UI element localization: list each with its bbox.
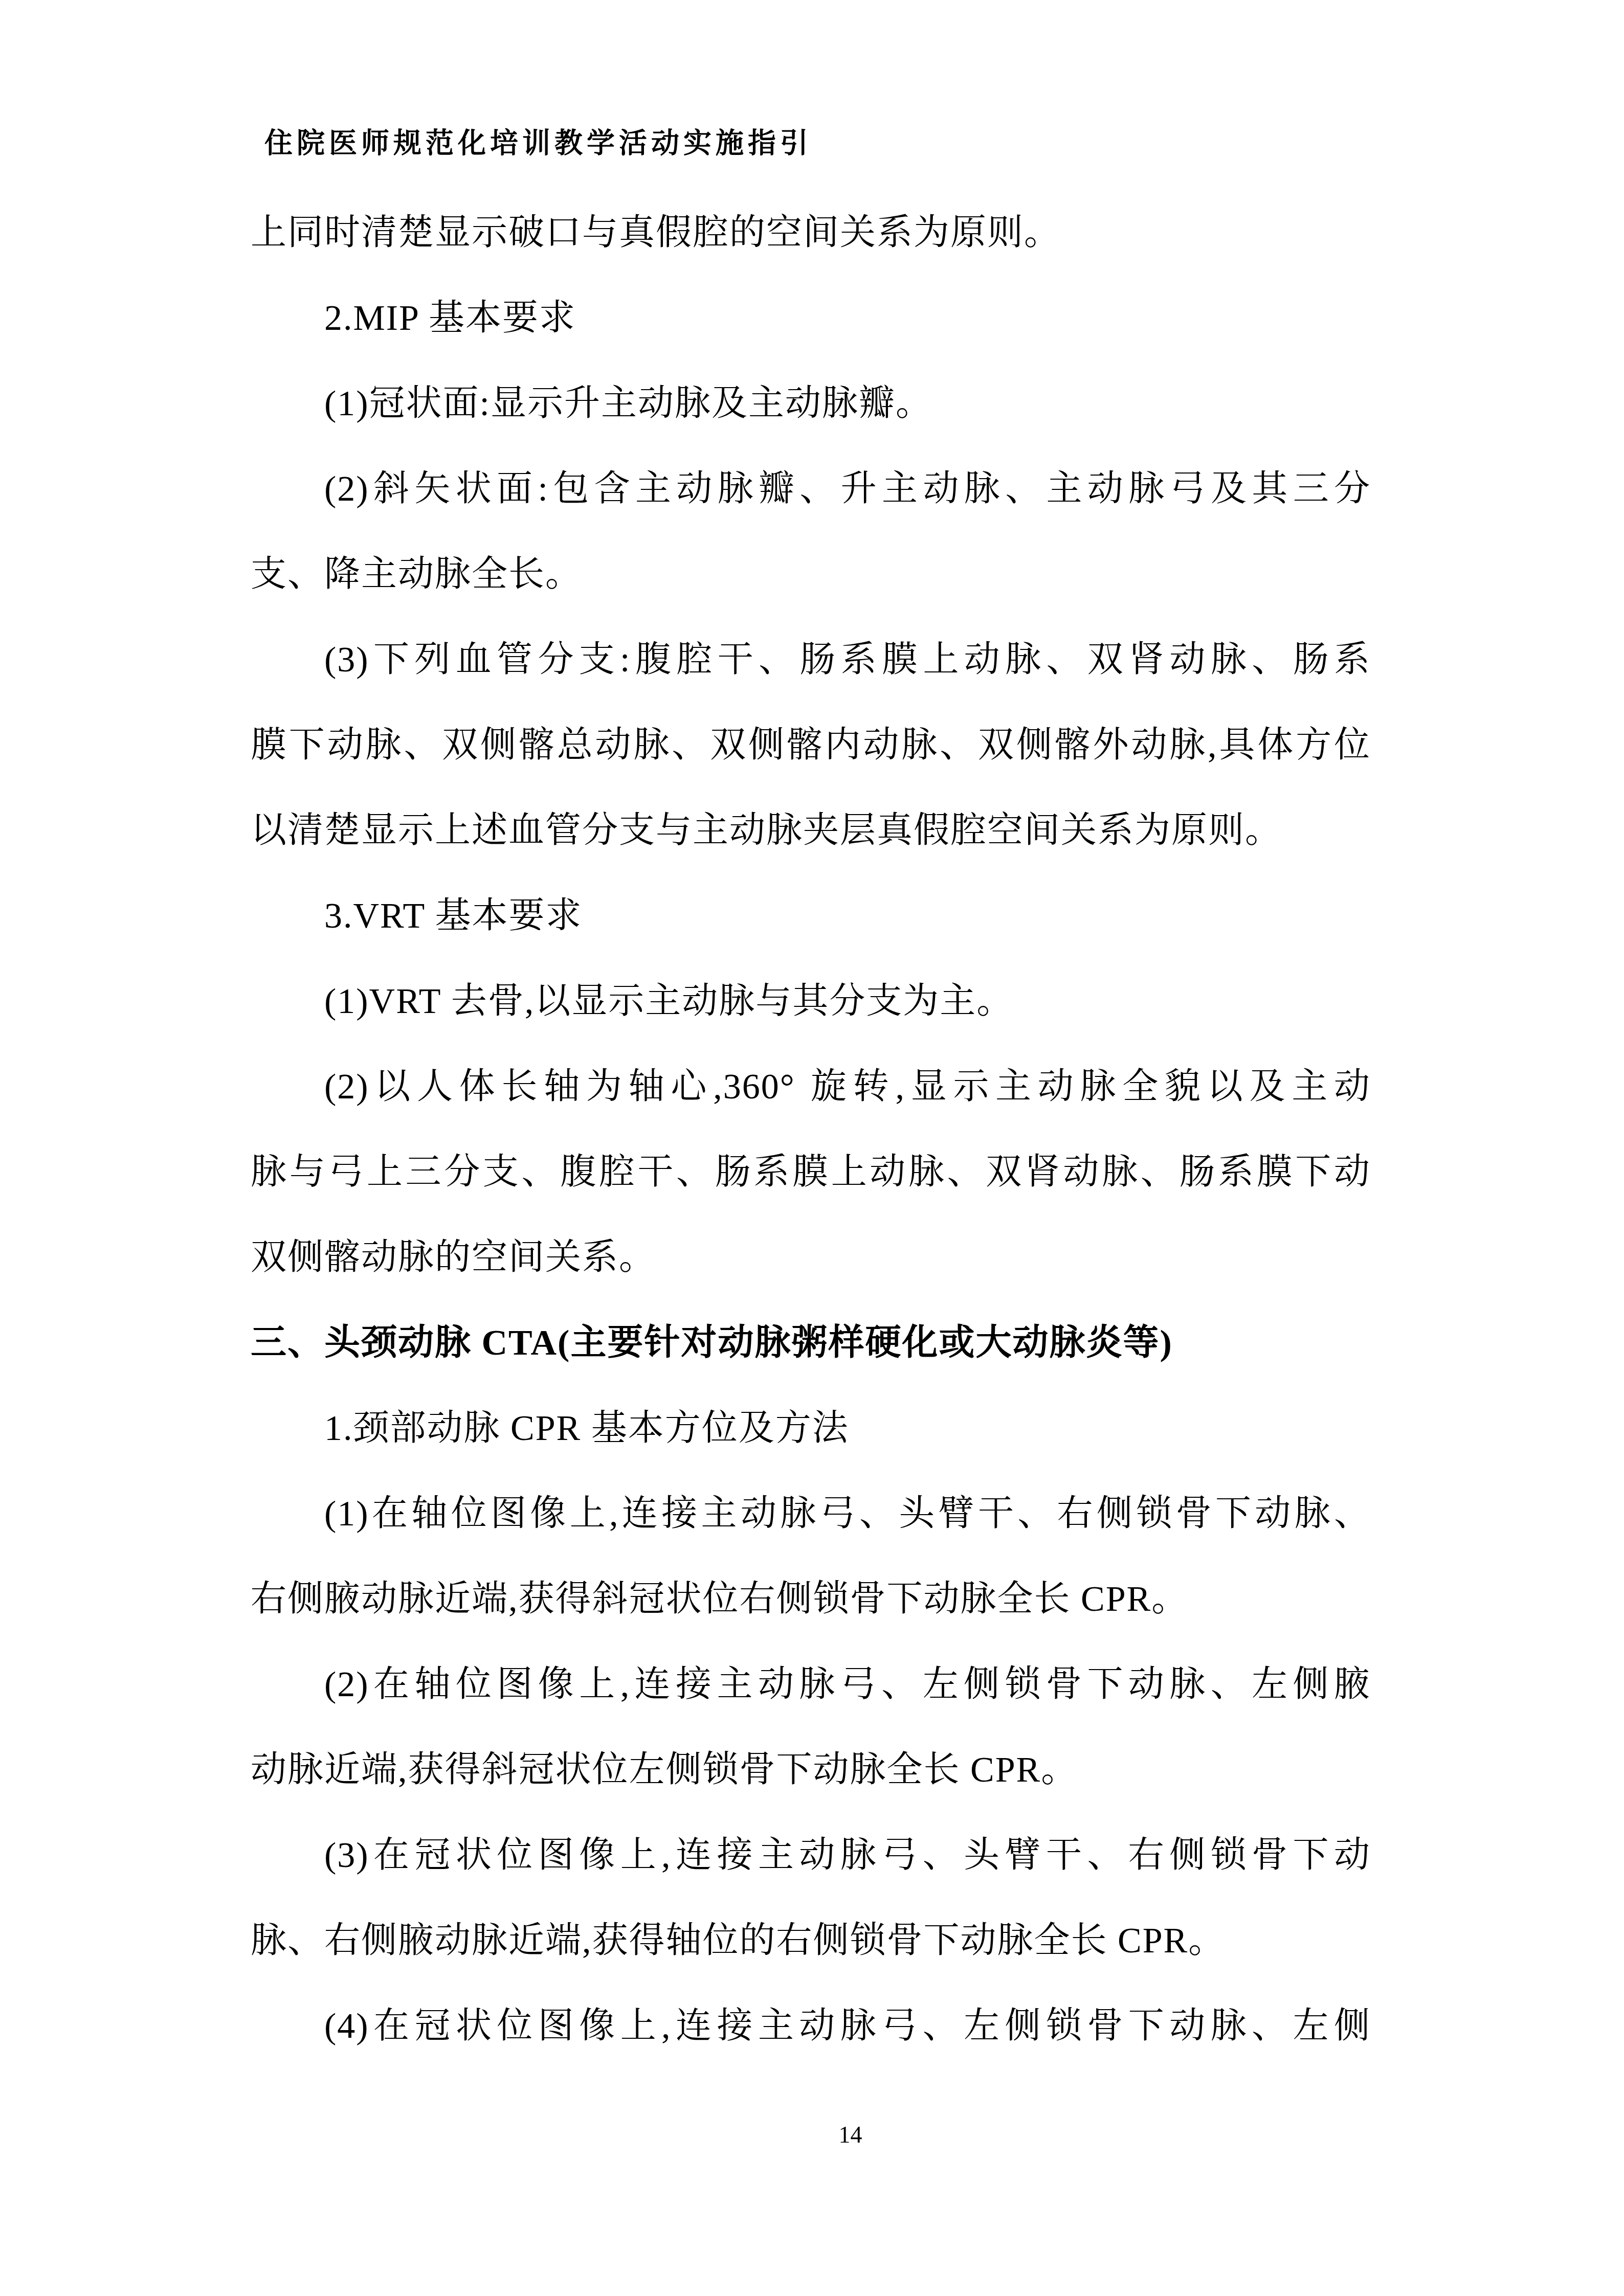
text-line: 脉与弓上三分支、腹腔干、肠系膜上动脉、双肾动脉、肠系膜下动脉、	[251, 1130, 1371, 1215]
text-line: 动脉近端,获得斜冠状位左侧锁骨下动脉全长 CPR。	[251, 1727, 1371, 1813]
text-line: 上同时清楚显示破口与真假腔的空间关系为原则。	[251, 190, 1371, 276]
text-line: 双侧髂动脉的空间关系。	[251, 1215, 1371, 1300]
numbered-item-line: (4)在冠状位图像上,连接主动脉弓、左侧锁骨下动脉、左侧	[251, 1984, 1371, 2069]
numbered-item-line: (2)斜矢状面:包含主动脉瓣、升主动脉、主动脉弓及其三分	[251, 446, 1371, 532]
numbered-item-line: 3.VRT 基本要求	[251, 873, 1371, 959]
document-page: 住院医师规范化培训教学活动实施指引 上同时清楚显示破口与真假腔的空间关系为原则。…	[0, 0, 1624, 2296]
numbered-item-line: 2.MIP 基本要求	[251, 276, 1371, 361]
document-body: 上同时清楚显示破口与真假腔的空间关系为原则。 2.MIP 基本要求 (1)冠状面…	[251, 190, 1371, 2069]
section-heading: 三、头颈动脉 CTA(主要针对动脉粥样硬化或大动脉炎等)	[251, 1300, 1371, 1386]
numbered-item-line: (1)在轴位图像上,连接主动脉弓、头臂干、右侧锁骨下动脉、	[251, 1471, 1371, 1557]
numbered-item-line: (1)冠状面:显示升主动脉及主动脉瓣。	[251, 361, 1371, 446]
text-line: 支、降主动脉全长。	[251, 532, 1371, 617]
numbered-item-line: (2)以人体长轴为轴心,360° 旋转,显示主动脉全貌以及主动	[251, 1044, 1371, 1130]
numbered-item-line: 1.颈部动脉 CPR 基本方位及方法	[251, 1386, 1371, 1471]
running-header: 住院医师规范化培训教学活动实施指引	[264, 120, 812, 161]
text-line: 脉、右侧腋动脉近端,获得轴位的右侧锁骨下动脉全长 CPR。	[251, 1898, 1371, 1984]
text-line: 右侧腋动脉近端,获得斜冠状位右侧锁骨下动脉全长 CPR。	[251, 1557, 1371, 1642]
numbered-item-line: (1)VRT 去骨,以显示主动脉与其分支为主。	[251, 959, 1371, 1044]
text-line: 膜下动脉、双侧髂总动脉、双侧髂内动脉、双侧髂外动脉,具体方位	[251, 703, 1371, 788]
numbered-item-line: (3)在冠状位图像上,连接主动脉弓、头臂干、右侧锁骨下动	[251, 1813, 1371, 1898]
numbered-item-line: (2)在轴位图像上,连接主动脉弓、左侧锁骨下动脉、左侧腋	[251, 1642, 1371, 1727]
text-line: 以清楚显示上述血管分支与主动脉夹层真假腔空间关系为原则。	[251, 788, 1371, 873]
page-number: 14	[38, 2121, 1624, 2148]
numbered-item-line: (3)下列血管分支:腹腔干、肠系膜上动脉、双肾动脉、肠系	[251, 617, 1371, 703]
